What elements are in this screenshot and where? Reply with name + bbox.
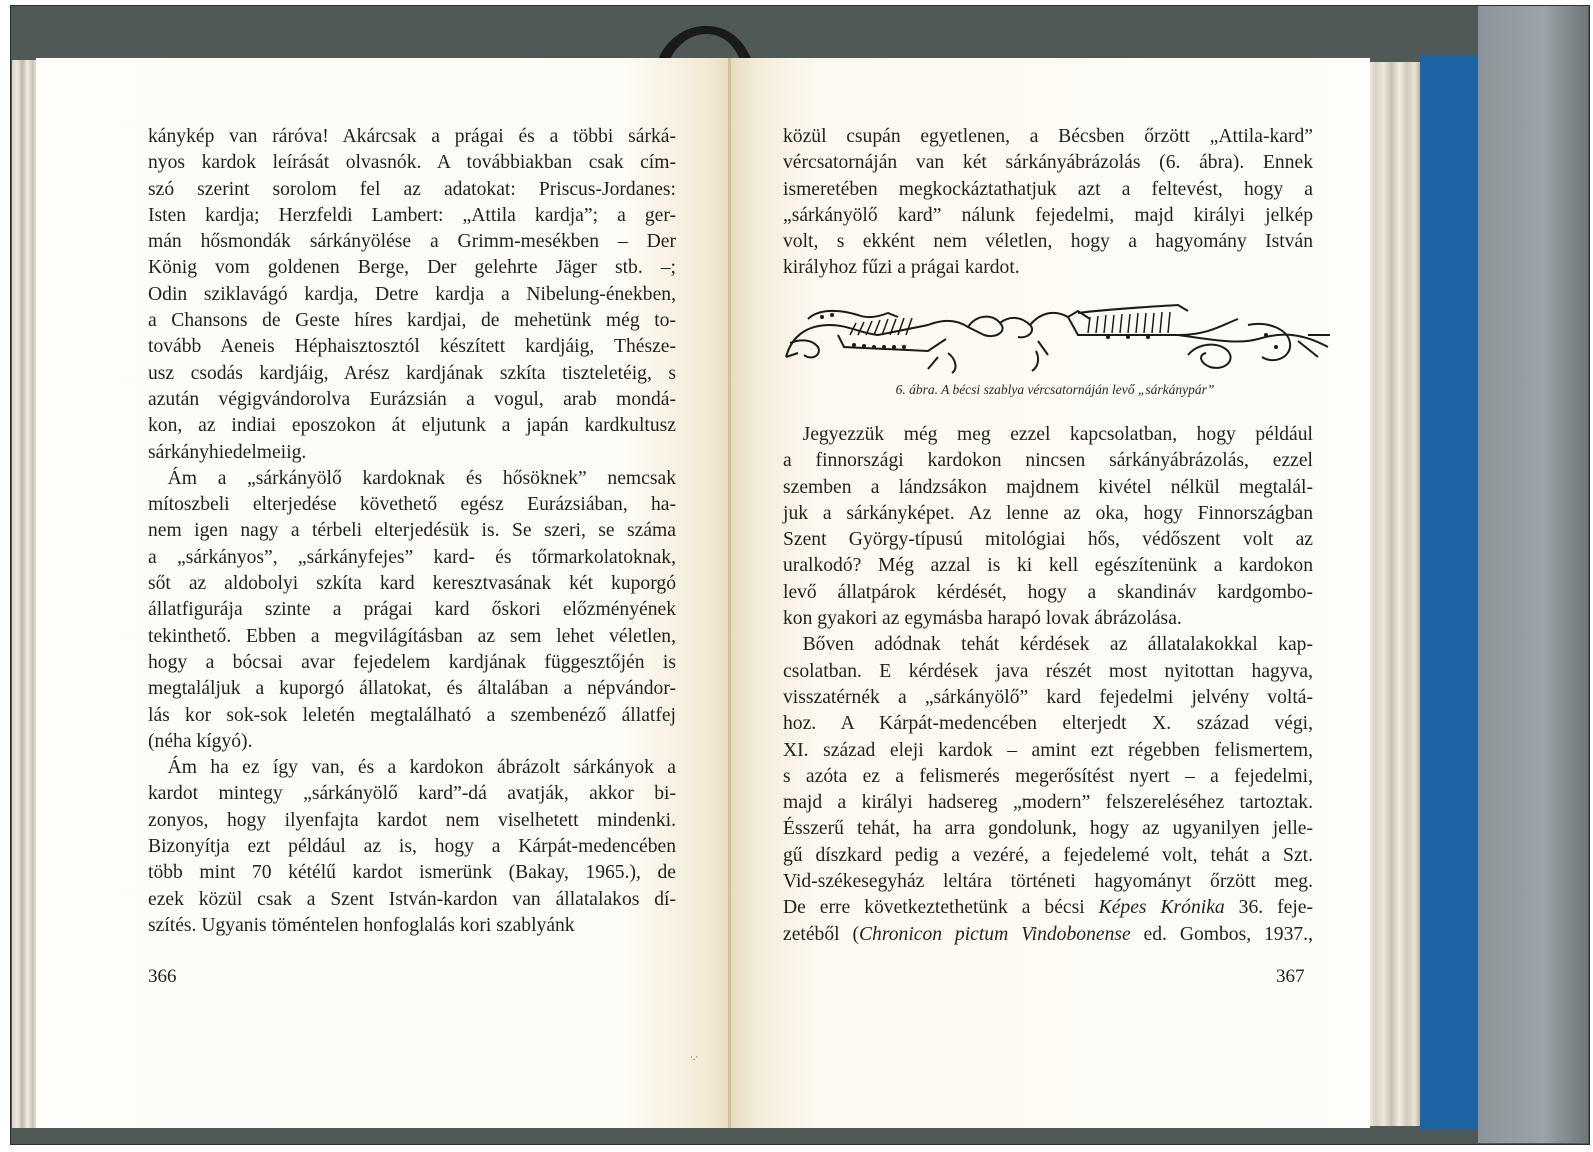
text-line: Ám ha ez így van, és a kardokon ábrázolt… [148, 755, 676, 781]
text-line: vércsatornáján van két sárkányábrázolás … [783, 150, 1313, 176]
text-line: Vid-székesegyház leltára történeti hagyo… [783, 869, 1313, 895]
text-line: ismeretében megkockáztathatjuk azt a fel… [783, 177, 1313, 203]
text-line: hogy a bócsai avar fejedelem kardjának f… [148, 650, 676, 676]
text-line: a „sárkányos”, „sárkányfejes” kard- és t… [148, 545, 676, 571]
text-line: (néha kígyó). [148, 729, 676, 755]
text-line: Bőven adódnak tehát kérdések az állatala… [783, 632, 1313, 658]
text-line: majd a királyi hadsereg „modern” felszer… [783, 790, 1313, 816]
scanner-lid-edge [1478, 6, 1588, 1143]
text-line: azután végigvándorolva Eurázsián a vogul… [148, 387, 676, 413]
bookmark-ribbon-icon [656, 20, 786, 60]
text-line: Ám a „sárkányölő kardoknak és hősöknek” … [148, 466, 676, 492]
text-line: Jegyezzük még meg ezzel kapcsolatban, ho… [783, 422, 1313, 448]
text-line: XI. század eleji kardok – amint ezt rége… [783, 738, 1313, 764]
text-line: a finnországi kardokon nincsen sárkányáb… [783, 448, 1313, 474]
text-line: „sárkányölő kard” nálunk fejedelmi, majd… [783, 203, 1313, 229]
text-line: megtaláljuk a kuporgó állatokat, és álta… [148, 676, 676, 702]
text-line: szemben a lándzsákon majdnem kivétel nél… [783, 475, 1313, 501]
text-line: szó szerint sorolom fel az adatokat: Pri… [148, 177, 676, 203]
text-line: lás kor sok-sok leletén megtalálható a s… [148, 703, 676, 729]
text-line: a Chansons de Geste híres kardjai, de me… [148, 308, 676, 334]
text-line: kardot mintegy „sárkányölő kard”-dá avat… [148, 781, 676, 807]
text-line: kon, az indiai eposzokon át eljutunk a j… [148, 413, 676, 439]
italic-title: Képes Krónika [1099, 897, 1225, 918]
print-speck: ·.· [690, 1052, 698, 1062]
text-line: Ésszerű tehát, ha arra gondolunk, hogy a… [783, 816, 1313, 842]
text-line: ezek közül csak a Szent István-kardon va… [148, 887, 676, 913]
text-line: gű díszkard pedig a vezéré, a fejedelemé… [783, 843, 1313, 869]
text-line: sőt az aldobolyi szkíta kard keresztvasá… [148, 571, 676, 597]
text-line: hoz. A Kárpát-medencében elterjedt X. sz… [783, 711, 1313, 737]
text-line: De erre következtethetünk a bécsi Képes … [783, 895, 1313, 921]
text-line: Bizonyítja ezt például az is, hogy a Kár… [148, 834, 676, 860]
text-line: Isten kardja; Herzfeldi Lambert: „Attila… [148, 203, 676, 229]
text-line: több mint 70 kétélű kardot ismerünk (Bak… [148, 860, 676, 886]
text-line: zetéből (Chronicon pictum Vindobonense e… [783, 922, 1313, 948]
text-line: juk a sárkányképet. Az lenne az oka, hog… [783, 501, 1313, 527]
text-line: Odin sziklavágó kardja, Detre kardja a N… [148, 282, 676, 308]
text-line: nem igen nagy a térbeli elterjedésük is.… [148, 518, 676, 544]
text-line: Szent György-típusú mitológiai hős, védő… [783, 527, 1313, 553]
text-line: tekinthető. Ebben a megvilágításban az s… [148, 624, 676, 650]
page-number-right: 367 [1276, 966, 1305, 988]
book-cover-edge [1420, 55, 1478, 1130]
text-line: állatfigurája szinte a prágai kard őskor… [148, 597, 676, 623]
text-line: tovább Aeneis Héphaisztosztól készített … [148, 334, 676, 360]
book-gutter [728, 58, 731, 1128]
right-page-body-text-top: közül csupán egyetlenen, a Bécsben őrzöt… [783, 124, 1313, 282]
text-line: mán hősmondák sárkányölése a Grimm-mesék… [148, 229, 676, 255]
right-page-body-text-bottom: Jegyezzük még meg ezzel kapcsolatban, ho… [783, 422, 1313, 948]
dragon-pair-illustration-icon [778, 295, 1333, 375]
text-line: szítés. Ugyanis töméntelen honfoglalás k… [148, 913, 676, 939]
text-line: zonyos, hogy ilyenfajta kardot nem visel… [148, 808, 676, 834]
italic-title: Chronicon pictum Vindobonense [859, 924, 1131, 945]
text-line: usz csodás kardjáig, Arész kardjának szk… [148, 361, 676, 387]
text-line: királyhoz fűzi a prágai kardot. [783, 255, 1313, 281]
text-line: sárkányhiedelmeiig. [148, 440, 676, 466]
text-line: uralkodó? Még azzal is ki kell egészíten… [783, 553, 1313, 579]
text-line: nyos kardok leírását olvasnók. A további… [148, 150, 676, 176]
left-page-stack-edge [12, 60, 38, 1128]
right-page-stack-edge [1368, 62, 1420, 1126]
text-line: csolatban. E kérdések java részét most n… [783, 659, 1313, 685]
text-line: kon gyakori az egymásba harapó lovak ábr… [783, 606, 1313, 632]
left-page-body-text: kánykép van ráróva! Akárcsak a prágai és… [148, 124, 676, 939]
text-line: volt, s ekként nem véletlen, hogy a hagy… [783, 229, 1313, 255]
text-line: s azóta ez a felismerés megerősítést nye… [783, 764, 1313, 790]
figure-caption: 6. ábra. A bécsi szablya vércsatornáján … [780, 382, 1330, 398]
text-line: König vom goldenen Berge, Der gelehrte J… [148, 255, 676, 281]
text-line: kánykép van ráróva! Akárcsak a prágai és… [148, 124, 676, 150]
page-number-left: 366 [148, 966, 177, 988]
text-line: visszatérnék a „sárkányölő” kard fejedel… [783, 685, 1313, 711]
text-line: mítoszbeli elterjedése követhető egész E… [148, 492, 676, 518]
text-line: közül csupán egyetlenen, a Bécsben őrzöt… [783, 124, 1313, 150]
text-line: levő állatpárok kérdését, hogy a skandin… [783, 580, 1313, 606]
